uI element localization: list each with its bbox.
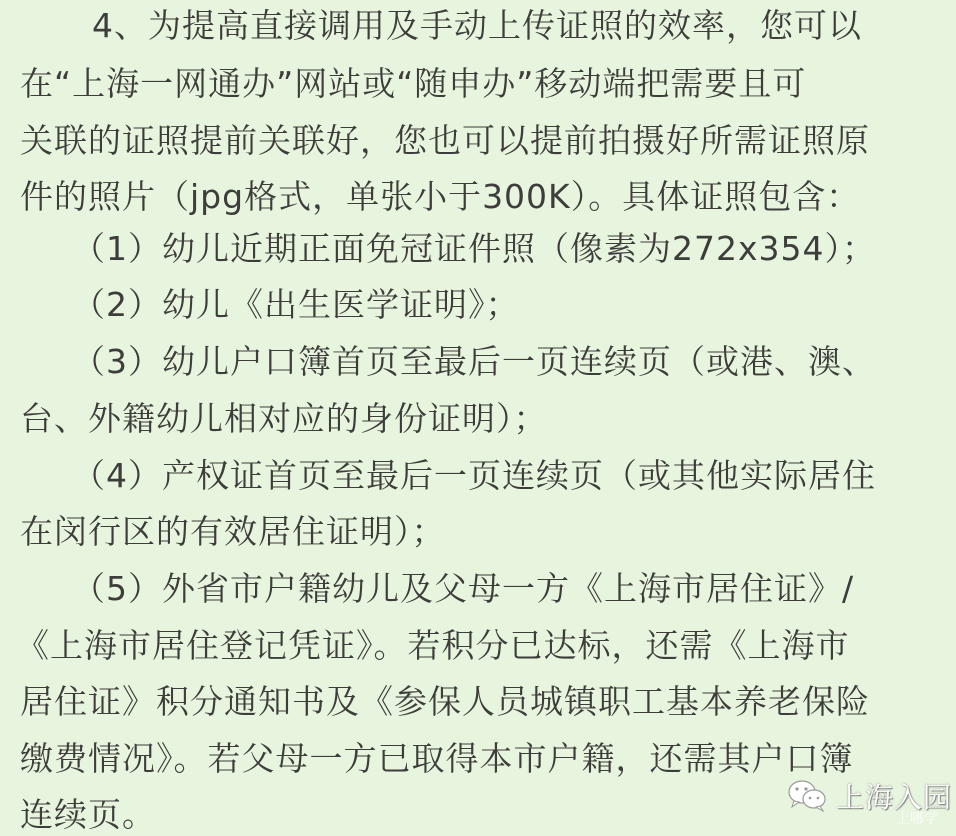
list-item-1: （1）幼儿近期正面免冠证件照（像素为272x354）； — [72, 229, 876, 269]
list-item-4: （4）产权证首页至最后一页连续页（或其他实际居住 — [72, 456, 876, 496]
list-item-2: （2）幼儿《出生医学证明》； — [72, 285, 520, 325]
list-item-5-cont: 《上海市居住登记凭证》。若积分已达标，还需《上海市 — [16, 626, 850, 666]
document-body: 4、为提高直接调用及手动上传证照的效率，您可以 在“上海一网通办”网站或“随申办… — [0, 0, 956, 836]
watermark-sublabel: 上哪学 — [896, 808, 938, 828]
intro-line: 在“上海一网通办”网站或“随申办”移动端把需要且可 — [20, 64, 806, 104]
intro-line: 4、为提高直接调用及手动上传证照的效率，您可以 — [92, 6, 862, 46]
list-item-4-cont: 在闵行区的有效居住证明）； — [20, 512, 446, 552]
wechat-icon — [786, 778, 830, 814]
intro-line: 件的照片（jpg格式，单张小于300K）。具体证照包含： — [20, 177, 860, 217]
list-item-5-cont: 缴费情况》。若父母一方已取得本市户籍，还需其户口簿 — [20, 739, 854, 779]
list-item-5-cont: 居住证》积分通知书及《参保人员城镇职工基本养老保险 — [20, 682, 870, 722]
list-item-5-cont: 连续页。 — [20, 795, 156, 835]
list-item-3-cont: 台、外籍幼儿相对应的身份证明）； — [20, 399, 548, 439]
intro-line: 关联的证照提前关联好，您也可以提前拍摄好所需证照原 — [20, 121, 870, 161]
list-item-5: （5）外省市户籍幼儿及父母一方《上海市居住证》/ — [72, 569, 854, 609]
list-item-3: （3）幼儿户口簿首页至最后一页连续页（或港、澳、 — [72, 342, 876, 382]
